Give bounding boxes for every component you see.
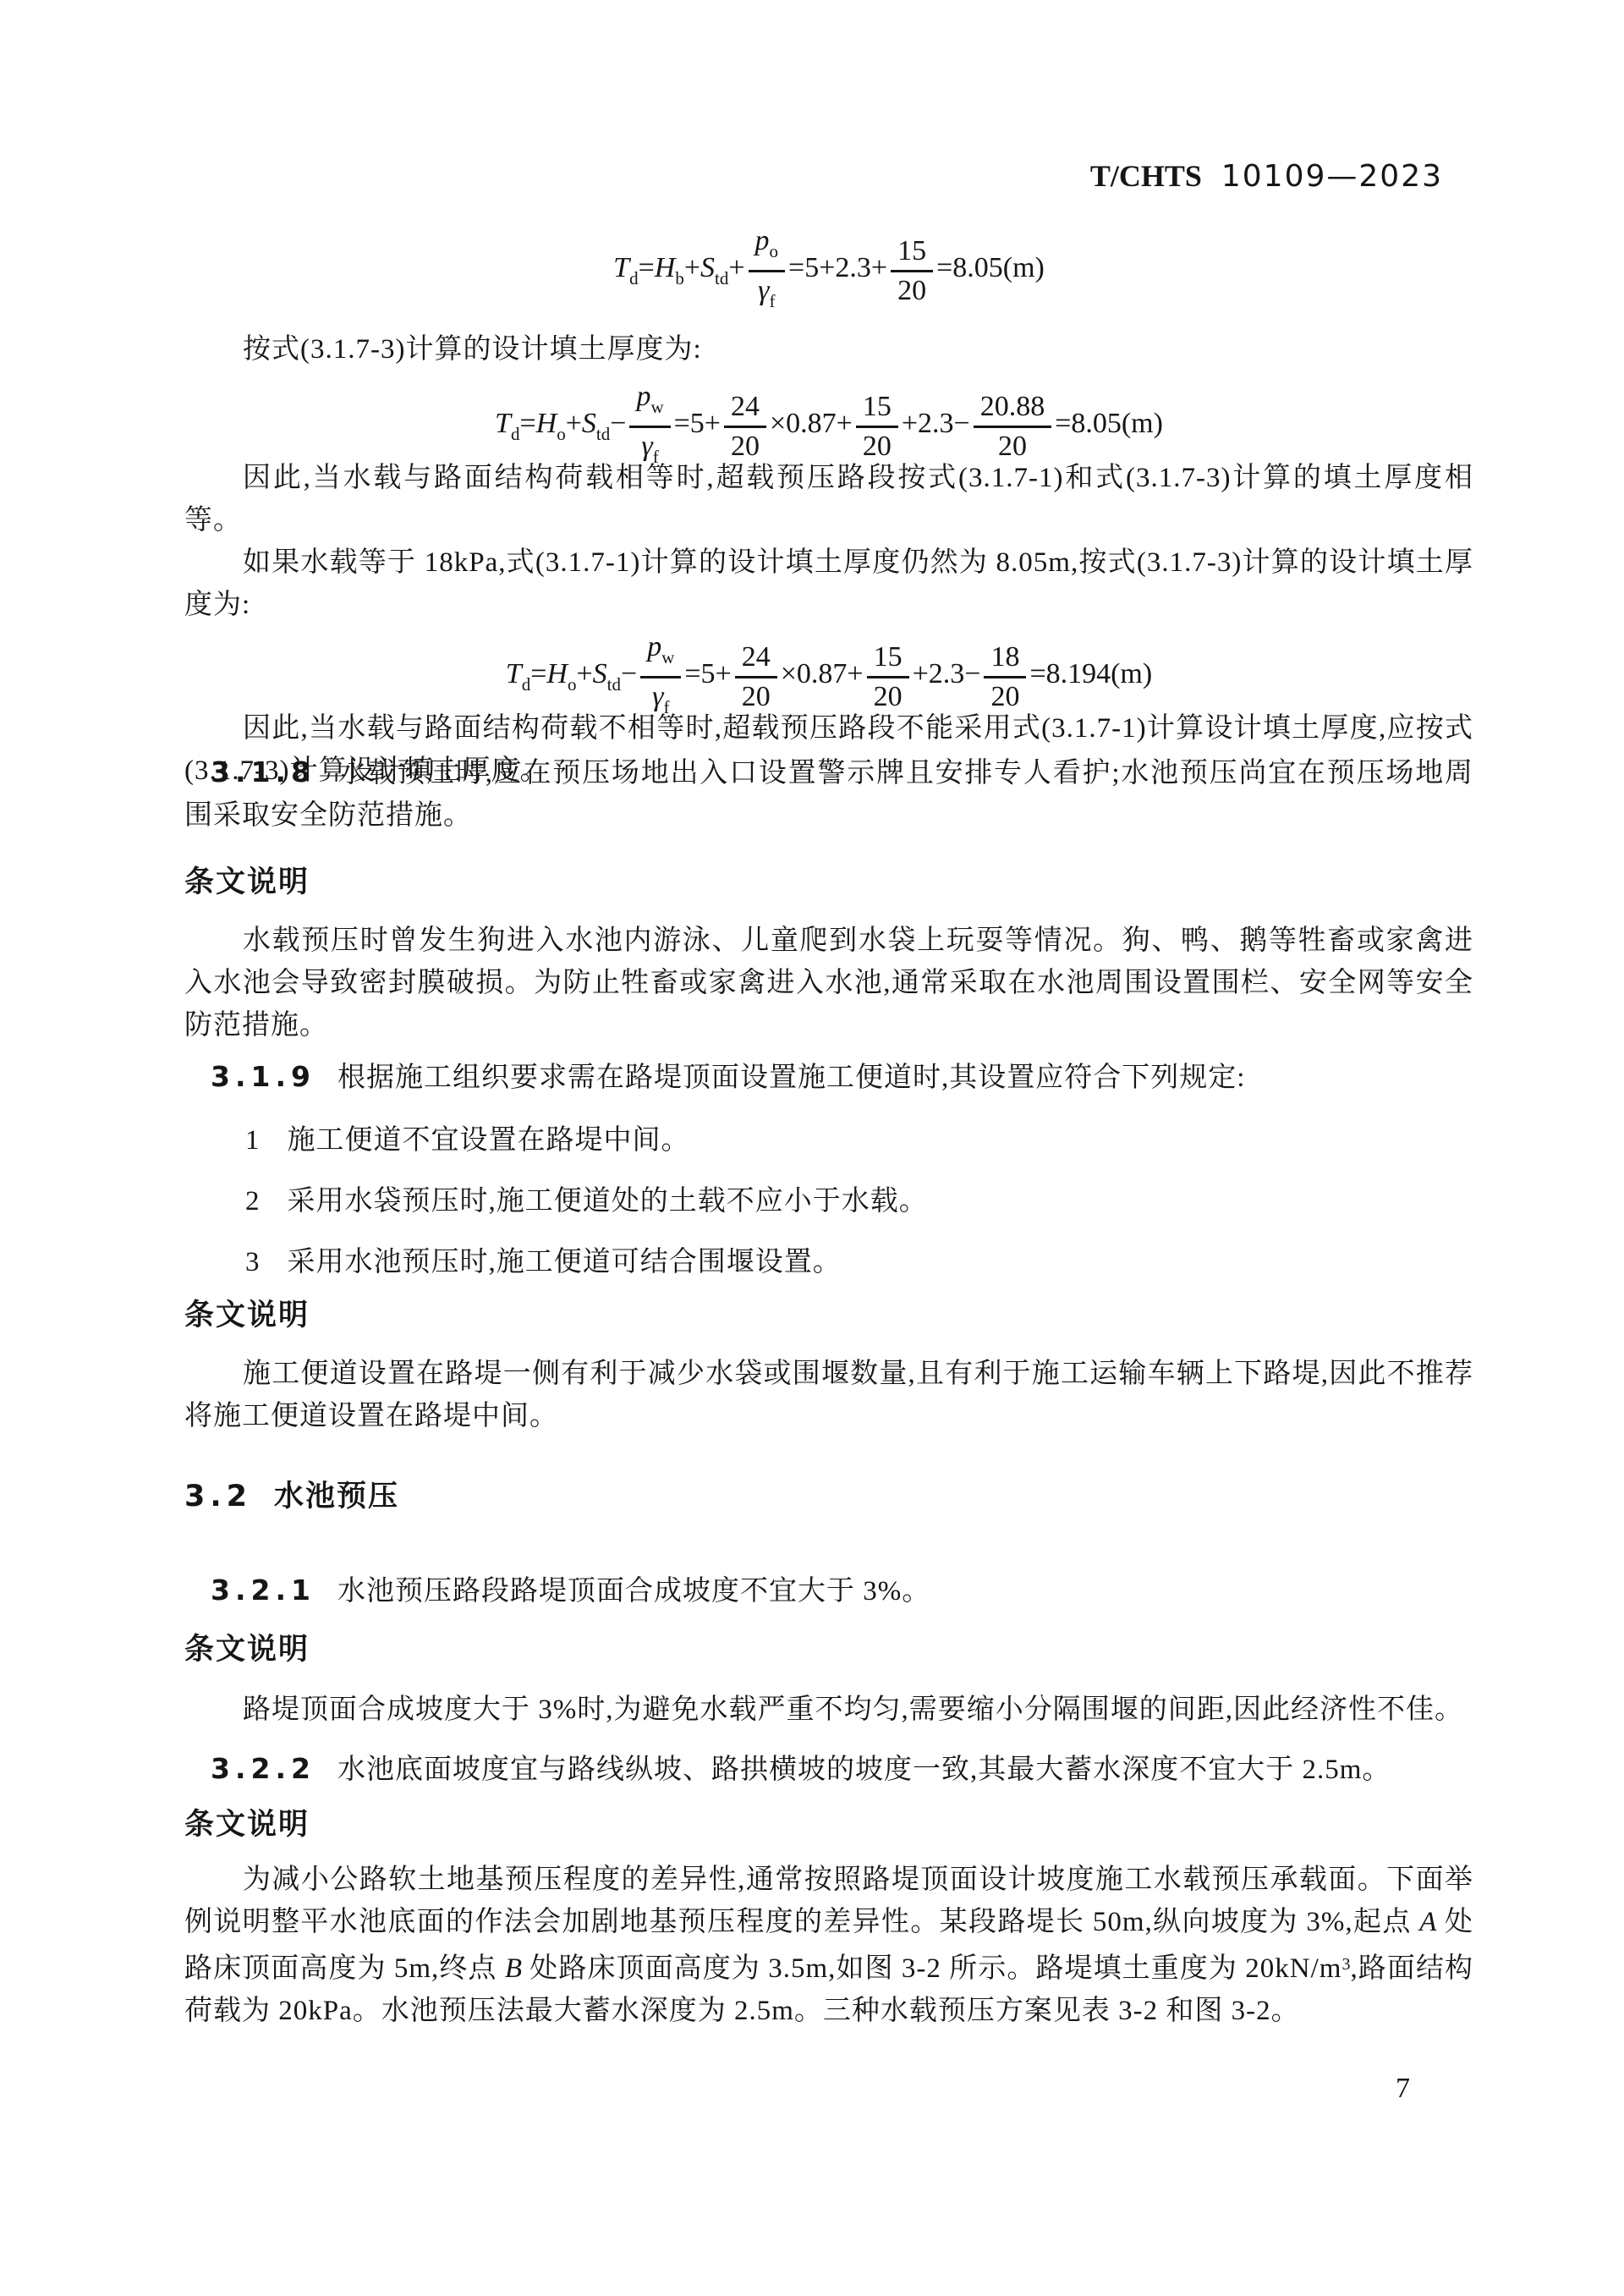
section-number: 3.2 bbox=[184, 1480, 252, 1513]
paragraph-by-formula-3173: 按式(3.1.7-3)计算的设计填土厚度为: bbox=[184, 328, 1473, 371]
doc-code-number: 10109—2023 bbox=[1221, 159, 1443, 194]
clause-text: 水池预压路段路堤顶面合成坡度不宜大于 3%。 bbox=[337, 1576, 930, 1607]
document-page: T/CHTS 10109—2023 Td=Hb+Std+poγf=5+2.3+1… bbox=[0, 0, 1624, 2296]
clause-3-2-2: 3.2.2水池底面坡度宜与路线纵坡、路拱横坡的坡度一致,其最大蓄水深度不宜大于 … bbox=[184, 1748, 1473, 1791]
clause-3-2-1: 3.2.1水池预压路段路堤顶面合成坡度不宜大于 3%。 bbox=[184, 1569, 1473, 1612]
clause-text: 根据施工组织要求需在路堤顶面设置施工便道时,其设置应符合下列规定: bbox=[337, 1063, 1245, 1093]
explanation-3-1-8: 水载预压时曾发生狗进入水池内游泳、儿童爬到水袋上玩耍等情况。狗、鸭、鹅等牲畜或家… bbox=[184, 920, 1473, 1046]
paragraph-loads-equal: 因此,当水载与路面结构荷载相等时,超载预压路段按式(3.1.7-1)和式(3.1… bbox=[184, 457, 1473, 541]
explanation-heading: 条文说明 bbox=[184, 1806, 1473, 1843]
clause-3-1-8-block: 3.1.8水载预压时,应在预压场地出入口设置警示牌且安排专人看护;水池预压尚宜在… bbox=[184, 751, 1473, 1046]
list-item-number: 1 bbox=[245, 1125, 261, 1156]
clause-number: 3.1.8 bbox=[211, 755, 315, 788]
list-item-number: 2 bbox=[245, 1186, 261, 1217]
clause-text: 水池底面坡度宜与路线纵坡、路拱横坡的坡度一致,其最大蓄水深度不宜大于 2.5m。 bbox=[337, 1755, 1391, 1785]
clause-3-1-9-block: 3.1.9根据施工组织要求需在路堤顶面设置施工便道时,其设置应符合下列规定: 1… bbox=[184, 1056, 1473, 1437]
explanation-heading: 条文说明 bbox=[184, 864, 1473, 901]
clause-text: 水载预压时,应在预压场地出入口设置警示牌且安排专人看护;水池预压尚宜在预压场地周… bbox=[184, 758, 1473, 831]
doc-code-prefix: T/CHTS bbox=[1090, 159, 1202, 193]
clause-3-1-8: 3.1.8水载预压时,应在预压场地出入口设置警示牌且安排专人看护;水池预压尚宜在… bbox=[184, 751, 1473, 837]
clause-number: 3.2.2 bbox=[211, 1752, 315, 1785]
page-number: 7 bbox=[1396, 2073, 1410, 2105]
list-item-text: 采用水袋预压时,施工便道处的土载不应小于水载。 bbox=[288, 1186, 928, 1217]
list-item-3: 3采用水池预压时,施工便道可结合围堰设置。 bbox=[184, 1241, 1473, 1283]
list-item-number: 3 bbox=[245, 1247, 261, 1277]
formula-fill-thickness-1: Td=Hb+Std+poγf=5+2.3+1520=8.05(m) bbox=[184, 225, 1473, 294]
explanation-heading: 条文说明 bbox=[184, 1297, 1473, 1334]
section-title: 水池预压 bbox=[274, 1480, 399, 1513]
doc-code: T/CHTS 10109—2023 bbox=[1090, 159, 1443, 194]
formula-fill-thickness-3: Td=Ho+Std−pwγf=5+2420×0.87+1520+2.3−1820… bbox=[184, 631, 1473, 700]
list-item-1: 1施工便道不宜设置在路堤中间。 bbox=[184, 1119, 1473, 1162]
clause-number: 3.2.1 bbox=[211, 1574, 315, 1607]
clause-number: 3.1.9 bbox=[211, 1060, 315, 1093]
explanation-3-1-9: 施工便道设置在路堤一侧有利于减少水袋或围堰数量,且有利于施工运输车辆上下路堤,因… bbox=[184, 1353, 1473, 1437]
formula-fill-thickness-2: Td=Ho+Std−pwγf=5+2420×0.87+1520+2.3−20.8… bbox=[184, 381, 1473, 450]
list-item-text: 采用水池预压时,施工便道可结合围堰设置。 bbox=[288, 1247, 842, 1277]
list-item-text: 施工便道不宜设置在路堤中间。 bbox=[288, 1125, 690, 1156]
section-heading-3-2: 3.2水池预压 bbox=[184, 1476, 1473, 1517]
section-3-1-continued: Td=Hb+Std+poγf=5+2.3+1520=8.05(m) 按式(3.1… bbox=[184, 225, 1473, 792]
explanation-3-2-2: 为减小公路软土地基预压程度的差异性,通常按照路堤顶面设计坡度施工水载预压承载面。… bbox=[184, 1859, 1473, 2032]
section-3-2-block: 3.2水池预压 3.2.1水池预压路段路堤顶面合成坡度不宜大于 3%。 条文说明… bbox=[184, 1476, 1473, 2032]
list-item-2: 2采用水袋预压时,施工便道处的土载不应小于水载。 bbox=[184, 1180, 1473, 1222]
paragraph-if-18kpa: 如果水载等于 18kPa,式(3.1.7-1)计算的设计填土厚度仍然为 8.05… bbox=[184, 541, 1473, 626]
clause-3-1-9: 3.1.9根据施工组织要求需在路堤顶面设置施工便道时,其设置应符合下列规定: bbox=[184, 1056, 1473, 1099]
explanation-heading: 条文说明 bbox=[184, 1631, 1473, 1668]
explanation-3-2-1: 路堤顶面合成坡度大于 3%时,为避免水载严重不均匀,需要缩小分隔围堰的间距,因此… bbox=[184, 1689, 1473, 1731]
